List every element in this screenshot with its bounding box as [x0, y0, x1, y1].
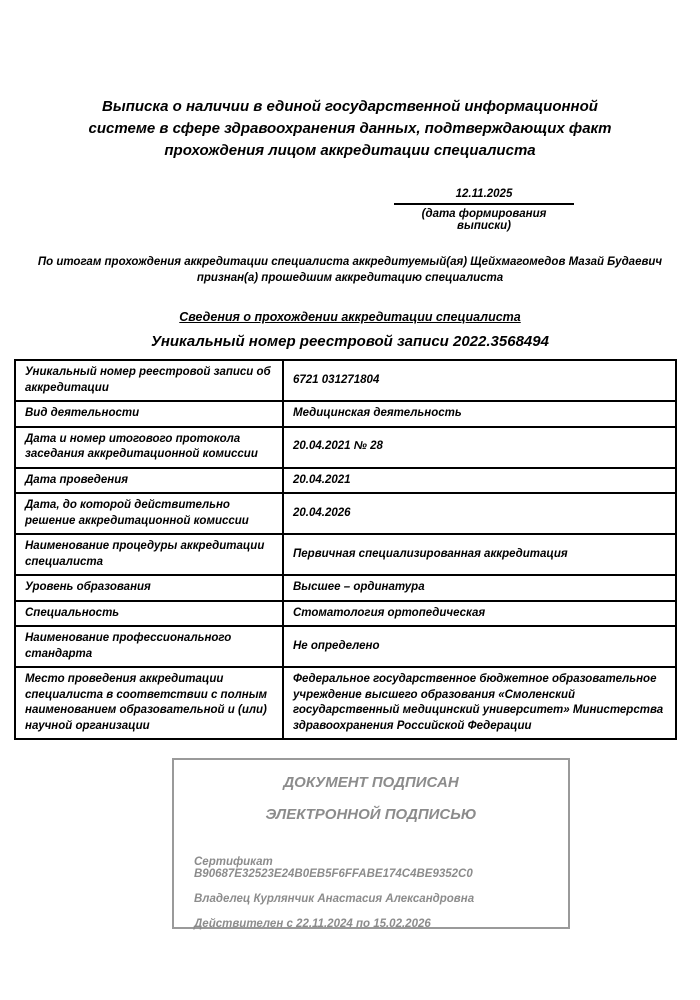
table-row-value: Высшее – ординатура [283, 575, 676, 601]
document-title: Выписка о наличии в единой государственн… [0, 0, 700, 162]
electronic-signature-box: ДОКУМЕНТ ПОДПИСАН ЭЛЕКТРОННОЙ ПОДПИСЬЮ С… [172, 758, 570, 929]
accreditation-result-line-1: По итогам прохождения аккредитации специ… [0, 254, 700, 270]
table-row-value: 20.04.2021 [283, 468, 676, 494]
table-row-label: Наименование профессионального стандарта [15, 626, 283, 667]
table-row: Специальность Стоматология ортопедическа… [15, 601, 676, 627]
table-row: Наименование профессионального стандарта… [15, 626, 676, 667]
extract-date: 12.11.2025 [394, 188, 574, 205]
signature-certificate: Сертификат B90687E32523E24B0EB5F6FFABE17… [194, 856, 548, 880]
table-row: Уникальный номер реестровой записи об ак… [15, 360, 676, 401]
document-page: Выписка о наличии в единой государственн… [0, 0, 700, 1000]
signature-head-line-2: ЭЛЕКТРОННОЙ ПОДПИСЬЮ [194, 806, 548, 823]
table-row-label: Место проведения аккредитации специалист… [15, 667, 283, 739]
document-title-line-1: Выписка о наличии в единой государственн… [0, 96, 700, 118]
table-row-label: Вид деятельности [15, 401, 283, 427]
document-title-line-3: прохождения лицом аккредитации специалис… [0, 140, 700, 162]
table-row-label: Дата, до которой действительно решение а… [15, 493, 283, 534]
table-row: Место проведения аккредитации специалист… [15, 667, 676, 739]
table-row-value: 20.04.2026 [283, 493, 676, 534]
table-row: Дата и номер итогового протокола заседан… [15, 427, 676, 468]
extract-date-caption: (дата формирования выписки) [394, 205, 574, 232]
table-row: Вид деятельности Медицинская деятельност… [15, 401, 676, 427]
signature-owner: Владелец Курлянчик Анастасия Александров… [194, 893, 548, 905]
table-row-value: Не определено [283, 626, 676, 667]
table-row-label: Дата и номер итогового протокола заседан… [15, 427, 283, 468]
table-row-value: Первичная специализированная аккредитаци… [283, 534, 676, 575]
table-row-value: Медицинская деятельность [283, 401, 676, 427]
extract-date-block: 12.11.2025 (дата формирования выписки) [394, 188, 574, 232]
signature-validity: Действителен с 22.11.2024 по 15.02.2026 [194, 918, 548, 930]
table-row: Дата проведения 20.04.2021 [15, 468, 676, 494]
table-row-value: Стоматология ортопедическая [283, 601, 676, 627]
table-row: Дата, до которой действительно решение а… [15, 493, 676, 534]
table-row-label: Уровень образования [15, 575, 283, 601]
section-header: Сведения о прохождении аккредитации спец… [0, 310, 700, 324]
signature-head-line-1: ДОКУМЕНТ ПОДПИСАН [194, 774, 548, 791]
accreditation-details-table: Уникальный номер реестровой записи об ак… [14, 359, 677, 740]
accreditation-result-paragraph: По итогам прохождения аккредитации специ… [0, 254, 700, 286]
table-row-label: Уникальный номер реестровой записи об ак… [15, 360, 283, 401]
registry-number-line: Уникальный номер реестровой записи 2022.… [0, 333, 700, 350]
table-row-value: 6721 031271804 [283, 360, 676, 401]
table-row-label: Специальность [15, 601, 283, 627]
table-row: Уровень образования Высшее – ординатура [15, 575, 676, 601]
table-row-label: Дата проведения [15, 468, 283, 494]
table-row-value: 20.04.2021 № 28 [283, 427, 676, 468]
document-title-line-2: системе в сфере здравоохранения данных, … [0, 118, 700, 140]
table-row-value: Федеральное государственное бюджетное об… [283, 667, 676, 739]
table-row-label: Наименование процедуры аккредитации спец… [15, 534, 283, 575]
table-row: Наименование процедуры аккредитации спец… [15, 534, 676, 575]
accreditation-result-line-2: признан(а) прошедшим аккредитацию специа… [0, 270, 700, 286]
